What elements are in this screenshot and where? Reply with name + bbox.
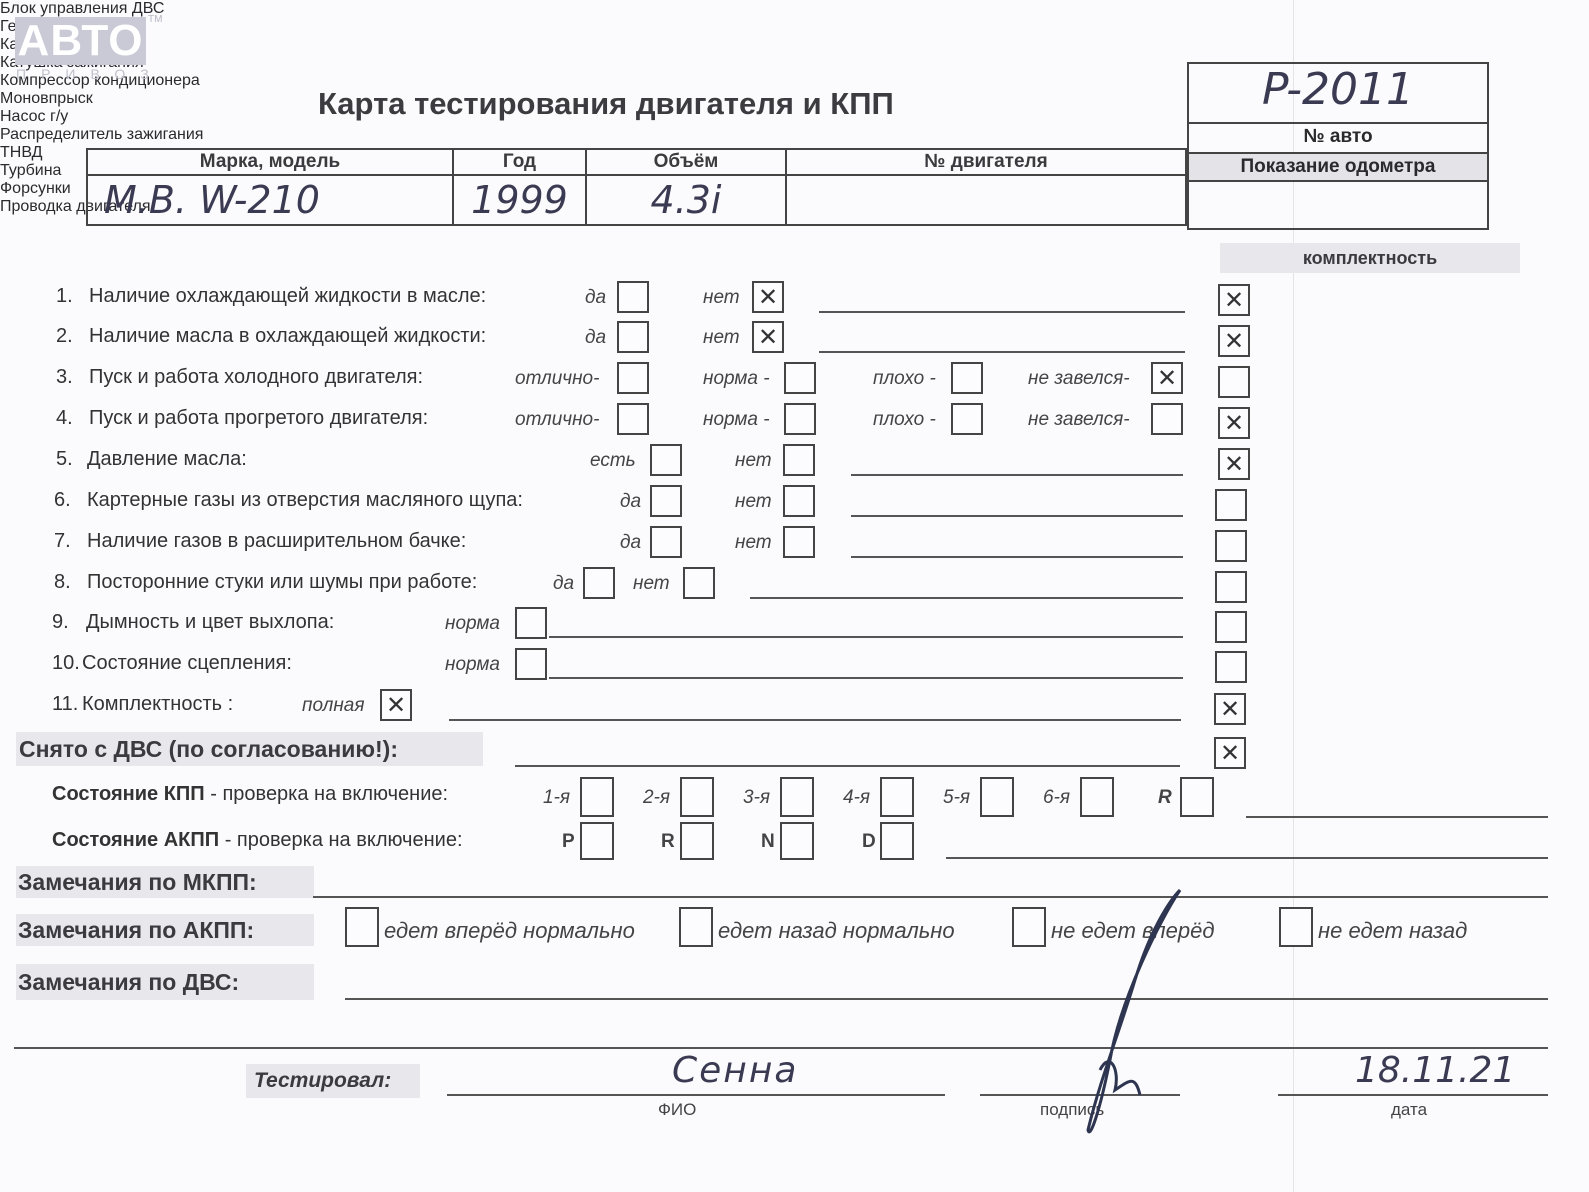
- komplekt-checkbox[interactable]: ✕: [1214, 737, 1246, 769]
- check-number: 8.: [54, 571, 71, 594]
- kpp-gear-label: 1-я: [543, 787, 570, 809]
- option-checkbox[interactable]: [617, 281, 649, 313]
- option-label: норма: [445, 613, 500, 635]
- remarks-dvs-line[interactable]: [345, 998, 1548, 1000]
- akpp-remark-label: едет вперёд нормально: [384, 918, 635, 944]
- page-title: Карта тестирования двигателя и КПП: [318, 86, 894, 122]
- akpp-remark-checkbox[interactable]: [1279, 907, 1313, 947]
- option-label: отлично-: [515, 409, 599, 431]
- check-number: 1.: [56, 285, 73, 308]
- option-label: нет: [633, 573, 670, 595]
- brand-logo: АВТО: [15, 17, 146, 65]
- check-question: Наличие масла в охлаждающей жидкости:: [89, 325, 486, 348]
- komplekt-checkbox[interactable]: [1215, 489, 1247, 521]
- option-checkbox[interactable]: [617, 321, 649, 353]
- comment-line[interactable]: [851, 474, 1183, 476]
- kpp-gear-checkbox[interactable]: [680, 777, 714, 817]
- kpp-input-line[interactable]: [1246, 816, 1548, 818]
- signature-scribble: [1040, 880, 1240, 1140]
- kpp-gear-label: R: [1158, 787, 1172, 809]
- odometer-label: Показание одометра: [1189, 152, 1487, 182]
- check-number: 6.: [54, 489, 71, 512]
- option-checkbox[interactable]: [784, 362, 816, 394]
- option-checkbox[interactable]: ✕: [380, 689, 412, 721]
- name-caption: ФИО: [658, 1100, 696, 1120]
- trademark-mark: TM: [148, 14, 162, 25]
- check-number: 11.: [52, 693, 78, 716]
- option-checkbox[interactable]: [783, 526, 815, 558]
- auto-number-value[interactable]: P-2011: [1189, 64, 1487, 122]
- year-value[interactable]: 1999: [453, 175, 586, 225]
- remarks-dvs-label: Замечания по ДВС:: [16, 964, 314, 1000]
- option-checkbox[interactable]: [617, 362, 649, 394]
- komplekt-checkbox[interactable]: ✕: [1218, 407, 1250, 439]
- kpp-gear-checkbox[interactable]: [980, 777, 1014, 817]
- option-label: нет: [735, 491, 772, 513]
- tester-name-value[interactable]: Сенна: [672, 1050, 798, 1091]
- komplekt-title: комплектность: [1220, 243, 1520, 273]
- kpp-gear-label: 5-я: [943, 787, 970, 809]
- remarks-mkpp-line[interactable]: [313, 896, 1548, 898]
- akpp-remark-label: не едет назад: [1318, 918, 1467, 944]
- col-year: Год: [453, 149, 586, 175]
- option-label: не завелся-: [1028, 409, 1130, 431]
- komplekt-checkbox[interactable]: [1215, 571, 1247, 603]
- option-checkbox[interactable]: ✕: [752, 321, 784, 353]
- kpp-gear-checkbox[interactable]: [1180, 777, 1214, 817]
- komplekt-checkbox[interactable]: ✕: [1218, 284, 1250, 316]
- akpp-remark-checkbox[interactable]: [345, 907, 379, 947]
- comment-line[interactable]: [549, 636, 1183, 638]
- akpp-gear-label: R: [661, 831, 675, 853]
- komplekt-checkbox[interactable]: ✕: [1218, 448, 1250, 480]
- date-caption: дата: [1391, 1100, 1427, 1120]
- auto-number-label: № авто: [1189, 126, 1487, 148]
- option-checkbox[interactable]: [617, 403, 649, 435]
- check-question: Состояние сцепления:: [82, 652, 292, 675]
- akpp-remark-checkbox[interactable]: [679, 907, 713, 947]
- brand-subtitle: ПРИВОЗ: [16, 66, 164, 82]
- akpp-label: Состояние АКПП - проверка на включение:: [52, 829, 463, 852]
- tested-by-label: Тестировал:: [246, 1064, 420, 1098]
- komplekt-checkbox[interactable]: [1215, 611, 1247, 643]
- option-label: отлично-: [515, 368, 599, 390]
- option-checkbox[interactable]: ✕: [1151, 362, 1183, 394]
- check-question: Пуск и работа холодного двигателя:: [89, 366, 423, 389]
- komplekt-checkbox[interactable]: ✕: [1218, 325, 1250, 357]
- komplekt-item-label: Генератор: [0, 18, 1589, 36]
- remarks-mkpp-label: Замечания по МКПП:: [16, 866, 314, 898]
- komplekt-checkbox[interactable]: [1215, 651, 1247, 683]
- option-checkbox[interactable]: [784, 403, 816, 435]
- col-engine-number: № двигателя: [786, 149, 1186, 175]
- remarks-dvs-line-2[interactable]: [14, 1047, 1548, 1049]
- name-line[interactable]: [447, 1094, 945, 1096]
- kpp-gear-checkbox[interactable]: [1080, 777, 1114, 817]
- option-label: да: [620, 491, 641, 513]
- kpp-gear-checkbox[interactable]: [580, 777, 614, 817]
- comment-line[interactable]: [549, 677, 1183, 679]
- kpp-gear-label: 3-я: [743, 787, 770, 809]
- option-label: нет: [703, 327, 740, 349]
- akpp-gear-label: D: [862, 831, 876, 853]
- make-model-value[interactable]: M.B. W-210: [87, 175, 453, 225]
- option-label: полная: [302, 695, 365, 717]
- option-checkbox[interactable]: [683, 567, 715, 599]
- akpp-gear-checkbox[interactable]: [780, 822, 814, 860]
- komplekt-item-label: Карбюратор: [0, 36, 1589, 54]
- check-question: Дымность и цвет выхлопа:: [86, 611, 334, 634]
- kpp-label-bold: Состояние КПП: [52, 783, 205, 805]
- akpp-gear-label: P: [562, 831, 575, 853]
- option-checkbox[interactable]: [650, 485, 682, 517]
- remarks-akpp-label: Замечания по АКПП:: [16, 914, 314, 946]
- option-label: не завелся-: [1028, 368, 1130, 390]
- check-question: Пуск и работа прогретого двигателя:: [89, 407, 428, 430]
- option-label: норма -: [703, 368, 770, 390]
- kpp-gear-checkbox[interactable]: [780, 777, 814, 817]
- col-make-model: Марка, модель: [87, 149, 453, 175]
- engine-number-value[interactable]: [786, 175, 1186, 225]
- akpp-label-rest: - проверка на включение:: [219, 829, 462, 851]
- option-label: норма: [445, 654, 500, 676]
- option-checkbox[interactable]: [515, 648, 547, 680]
- removed-label: Снято с ДВС (по согласованию!):: [16, 732, 483, 766]
- check-number: 4.: [56, 407, 73, 430]
- akpp-remark-label: едет назад нормально: [718, 918, 955, 944]
- komplekt-checkbox[interactable]: [1218, 366, 1250, 398]
- comment-line[interactable]: [819, 351, 1185, 353]
- option-label: плохо -: [873, 368, 936, 390]
- option-label: да: [553, 573, 574, 595]
- option-label: да: [620, 532, 641, 554]
- comment-line[interactable]: [851, 556, 1183, 558]
- komplekt-checkbox[interactable]: [1215, 530, 1247, 562]
- option-checkbox[interactable]: [951, 403, 983, 435]
- kpp-label: Состояние КПП - проверка на включение:: [52, 783, 448, 806]
- option-checkbox[interactable]: [1151, 403, 1183, 435]
- option-label: да: [585, 327, 606, 349]
- akpp-gear-label: N: [761, 831, 775, 853]
- check-question: Наличие охлаждающей жидкости в масле:: [89, 285, 486, 308]
- odometer-value[interactable]: [1189, 182, 1487, 228]
- option-label: нет: [735, 532, 772, 554]
- akpp-input-line[interactable]: [946, 857, 1548, 859]
- comment-line[interactable]: [449, 719, 1181, 721]
- check-question: Комплектность :: [82, 693, 233, 716]
- kpp-gear-label: 6-я: [1043, 787, 1070, 809]
- option-checkbox[interactable]: [650, 444, 682, 476]
- akpp-gear-checkbox[interactable]: [580, 822, 614, 860]
- option-label: да: [585, 287, 606, 309]
- comment-line[interactable]: [851, 515, 1183, 517]
- check-number: 10.: [52, 652, 80, 675]
- check-number: 2.: [56, 325, 73, 348]
- option-label: плохо -: [873, 409, 936, 431]
- kpp-gear-checkbox[interactable]: [880, 777, 914, 817]
- akpp-gear-checkbox[interactable]: [680, 822, 714, 860]
- volume-value[interactable]: 4.3i: [586, 175, 786, 225]
- option-label: нет: [735, 450, 772, 472]
- option-checkbox[interactable]: [583, 567, 615, 599]
- akpp-label-bold: Состояние АКПП: [52, 829, 219, 851]
- date-value[interactable]: 18.11.21: [1355, 1050, 1515, 1091]
- option-checkbox[interactable]: [783, 444, 815, 476]
- check-number: 5.: [56, 448, 73, 471]
- check-number: 3.: [56, 366, 73, 389]
- akpp-gear-checkbox[interactable]: [880, 822, 914, 860]
- option-label: есть: [590, 450, 636, 472]
- option-label: нет: [703, 287, 740, 309]
- option-label: норма -: [703, 409, 770, 431]
- date-line[interactable]: [1278, 1094, 1548, 1096]
- comment-line[interactable]: [750, 597, 1183, 599]
- option-checkbox[interactable]: ✕: [752, 281, 784, 313]
- check-number: 9.: [52, 611, 69, 634]
- col-volume: Объём: [586, 149, 786, 175]
- check-question: Наличие газов в расширительном бачке:: [87, 530, 466, 553]
- divider: [1187, 122, 1489, 124]
- check-question: Посторонние стуки или шумы при работе:: [87, 571, 477, 594]
- kpp-gear-label: 4-я: [843, 787, 870, 809]
- check-question: Картерные газы из отверстия масляного щу…: [87, 489, 523, 512]
- komplekt-checkbox[interactable]: ✕: [1214, 693, 1246, 725]
- comment-line[interactable]: [819, 311, 1185, 313]
- kpp-gear-label: 2-я: [643, 787, 670, 809]
- removed-input-line[interactable]: [515, 765, 1180, 767]
- option-checkbox[interactable]: [951, 362, 983, 394]
- kpp-label-rest: - проверка на включение:: [205, 783, 448, 805]
- check-question: Давление масла:: [87, 448, 247, 471]
- vehicle-info-table: Марка, модель Год Объём № двигателя M.B.…: [86, 148, 1187, 226]
- check-number: 7.: [54, 530, 71, 553]
- komplekt-item-label: Блок управления ДВС: [0, 0, 1589, 18]
- option-checkbox[interactable]: [783, 485, 815, 517]
- option-checkbox[interactable]: [515, 607, 547, 639]
- option-checkbox[interactable]: [650, 526, 682, 558]
